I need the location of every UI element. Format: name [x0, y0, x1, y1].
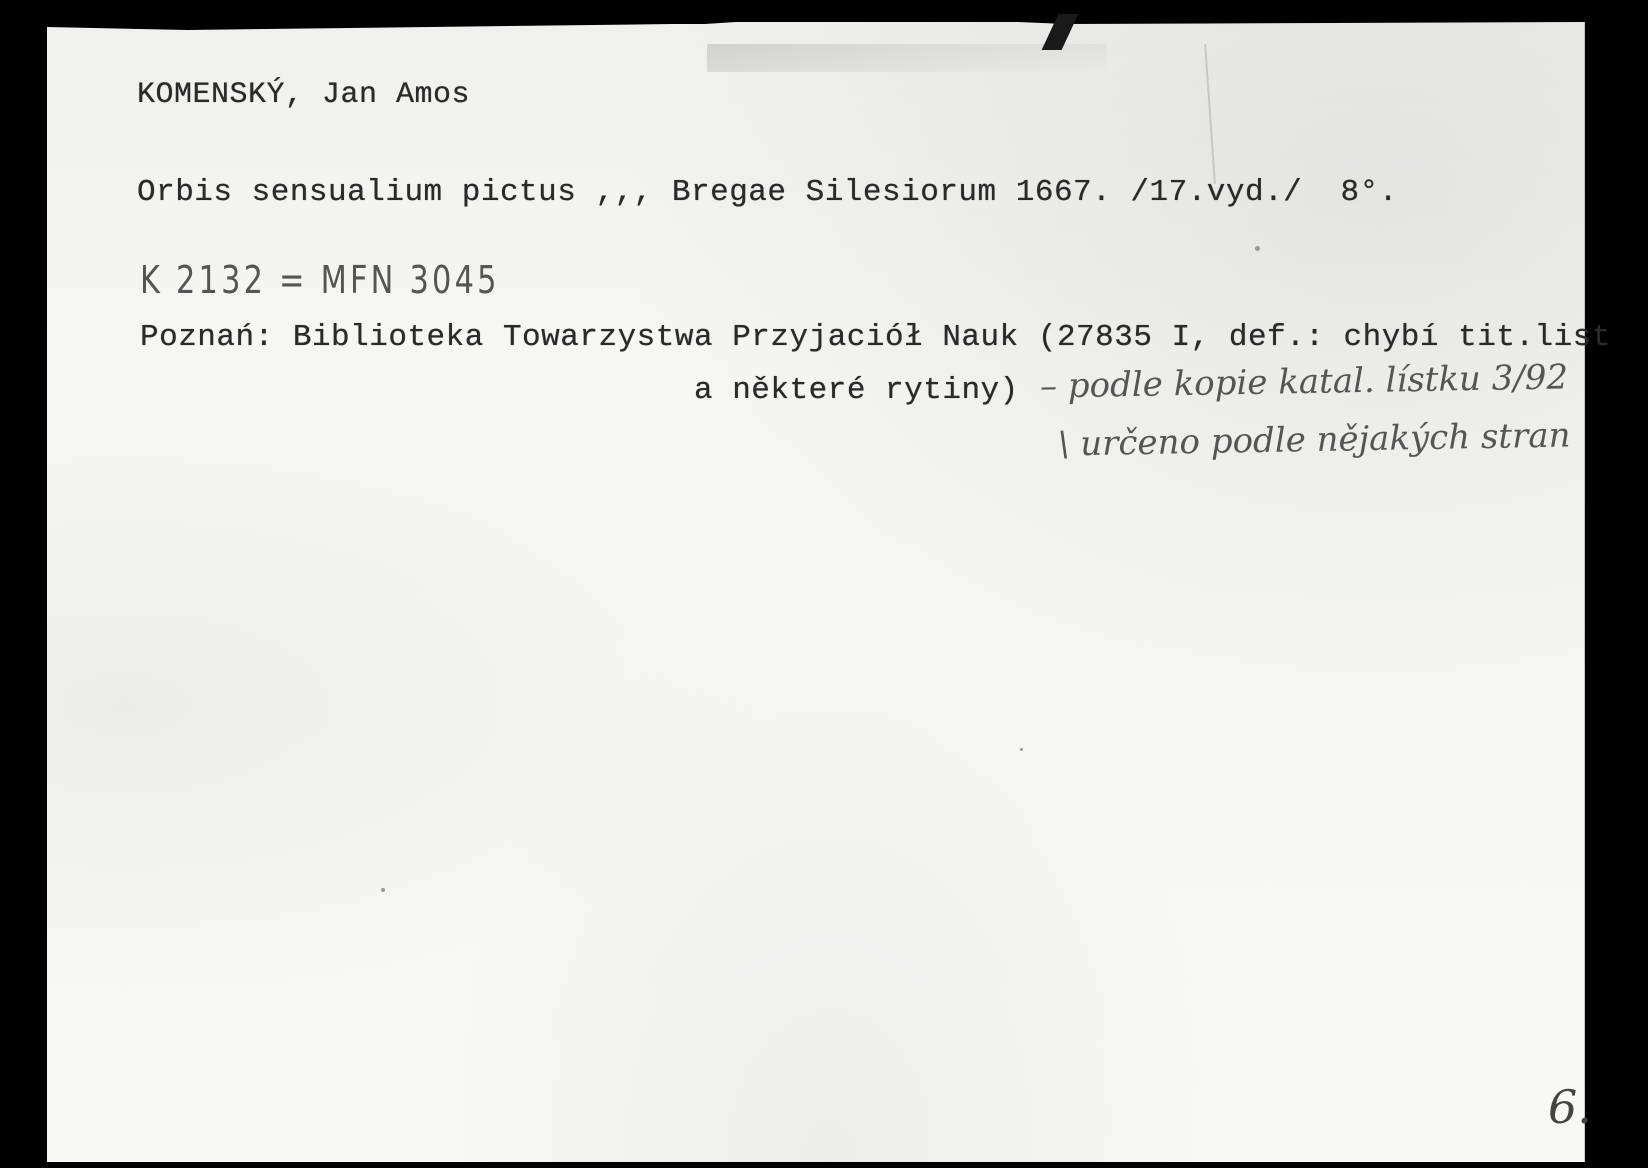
holdings-line-2: a některé rytiny)	[694, 373, 1019, 408]
speck	[1020, 748, 1023, 751]
handwritten-shelf-mark: K 2132 = MFN 3045	[140, 258, 500, 302]
holdings-line-1: Poznań: Biblioteka Towarzystwa Przyjació…	[140, 320, 1611, 355]
speck	[381, 888, 385, 892]
paper-fold-line	[1204, 44, 1216, 184]
speck	[1255, 246, 1260, 251]
title-line: Orbis sensualium pictus ,,, Bregae Siles…	[137, 175, 1398, 210]
handwritten-card-number: 6.	[1548, 1080, 1592, 1134]
author-heading: KOMENSKÝ, Jan Amos	[137, 78, 470, 112]
